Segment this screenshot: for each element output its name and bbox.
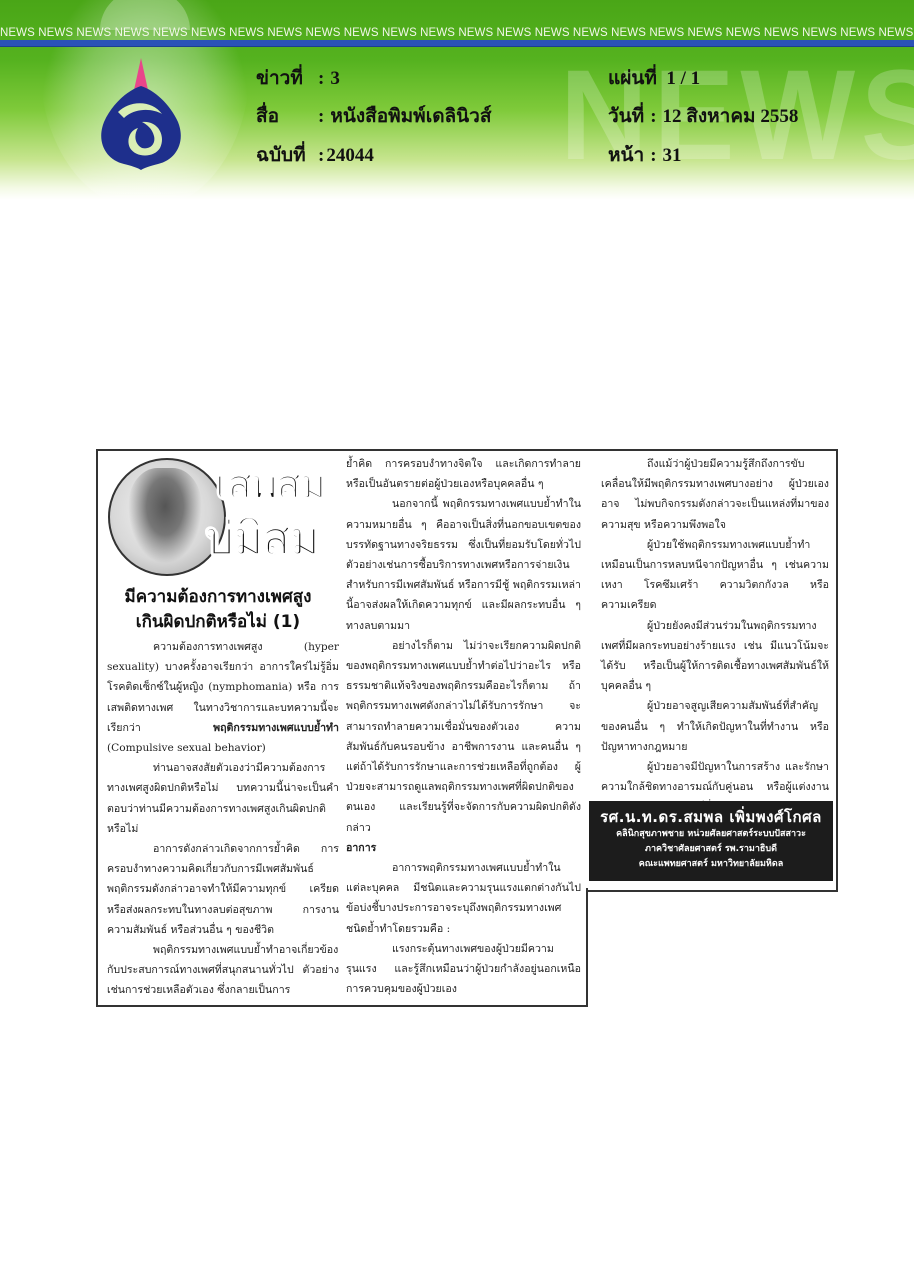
article-title-line1: มีความต้องการทางเพศสูง [96,585,340,610]
field-label: ข่าวที่ [256,68,312,90]
article-title: มีความต้องการทางเพศสูง เกินผิดปกติหรือไม… [96,585,340,635]
author-byline-box: รศ.น.ท.ดร.สมพล เพิ่มพงศ์โกศล คลินิกสุขภา… [589,801,833,881]
paragraph: ผู้ป่วยใช้พฤติกรรมทางเพศแบบย้ำทำเหมือนเป… [601,535,829,616]
field-value: 12 สิงหาคม 2558 [663,106,799,127]
field-label: แผ่นที่ [608,68,657,90]
date-field: วันที่:12 สิงหาคม 2558 [608,106,798,128]
paragraph: ผู้ป่วยยังคงมีส่วนร่วมในพฤติกรรมทางเพศที… [601,616,829,697]
paragraph: พฤติกรรมทางเพศแบบย้ำทำอาจเกี่ยวข้องกับปร… [107,940,339,1001]
field-value: 3 [330,68,340,89]
paragraph: อาการพฤติกรรมทางเพศแบบย้ำทำในแต่ละบุคคล … [346,858,581,939]
bold-term: พฤติกรรมทางเพศแบบย้ำทำ [213,722,339,734]
article-column-3: ถึงแม้ว่าผู้ป่วยมีความรู้สึกถึงการขับเคล… [601,454,829,818]
media-field: สื่อ:หนังสือพิมพ์เดลินิวส์ [256,106,491,128]
news-number-field: ข่าวที่:3 [256,68,340,90]
paragraph: แรงกระตุ้นทางเพศของผู้ป่วยมีความรุนแรง แ… [346,939,581,1000]
field-value: 24044 [326,145,374,166]
field-value: 31 [663,145,682,166]
masthead-title-line1: เสพสม [215,465,325,505]
paragraph: อาการดังกล่าวเกิดจากการย้ำคิด การครอบงำท… [107,839,339,940]
header-rule [0,40,914,47]
issue-number-field: ฉบับที่:24044 [256,145,374,167]
author-affiliation: ภาควิชาศัลยศาสตร์ รพ.รามาธิบดี [589,842,833,857]
article-column-1: ความต้องการทางเพศสูง (hyper sexuality) บ… [107,637,339,1001]
paragraph: นอกจากนี้ พฤติกรรมทางเพศแบบย้ำทำในความหม… [346,494,581,635]
paragraph: ท่านอาจสงสัยตัวเองว่ามีความต้องการทางเพศ… [107,758,339,839]
author-name: รศ.น.ท.ดร.สมพล เพิ่มพงศ์โกศล [589,807,833,827]
masthead-title-line2: บ่มิสม [205,515,319,561]
article-title-line2: เกินผิดปกติหรือไม่ (1) [96,610,340,635]
newspaper-clipping: เสพสม บ่มิสม มีความต้องการทางเพศสูง เกิน… [96,449,838,1005]
author-affiliation: คลินิกสุขภาพชาย หน่วยศัลยศาสตร์ระบบปัสสา… [589,827,833,842]
field-label: สื่อ [256,106,312,128]
field-value: หนังสือพิมพ์เดลินิวส์ [330,106,491,127]
paragraph: ผู้ป่วยอาจสูญเสียความสัมพันธ์ที่สำคัญของ… [601,696,829,757]
field-value: 1 / 1 [666,68,700,89]
paragraph: ถึงแม้ว่าผู้ป่วยมีความรู้สึกถึงการขับเคล… [601,454,829,535]
sheet-number-field: แผ่นที่ 1 / 1 [608,68,700,90]
news-header-banner: NEWS NEWS NEWS NEWS NEWS NEWS NEWS NEWS … [0,0,914,200]
article-column-2: ย้ำคิด การครอบงำทางจิตใจ และเกิดการทำลาย… [346,454,581,999]
field-label: ฉบับที่ [256,145,312,167]
paragraph: อย่างไรก็ตาม ไม่ว่าจะเรียกความผิดปกติของ… [346,636,581,838]
clipping-border [586,888,588,1005]
column-masthead: เสพสม บ่มิสม [105,455,335,579]
paragraph: ย้ำคิด การครอบงำทางจิตใจ และเกิดการทำลาย… [346,454,581,494]
field-label: วันที่ [608,106,644,128]
author-affiliation: คณะแพทยศาสตร์ มหาวิทยาลัยมหิดล [589,857,833,872]
paragraph: ความต้องการทางเพศสูง (hyper sexuality) บ… [107,637,339,758]
page-field: หน้า:31 [608,145,682,167]
news-ticker: NEWS NEWS NEWS NEWS NEWS NEWS NEWS NEWS … [0,26,914,40]
field-label: หน้า [608,145,644,167]
agency-logo-icon [96,56,186,170]
section-heading: อาการ [346,838,581,858]
